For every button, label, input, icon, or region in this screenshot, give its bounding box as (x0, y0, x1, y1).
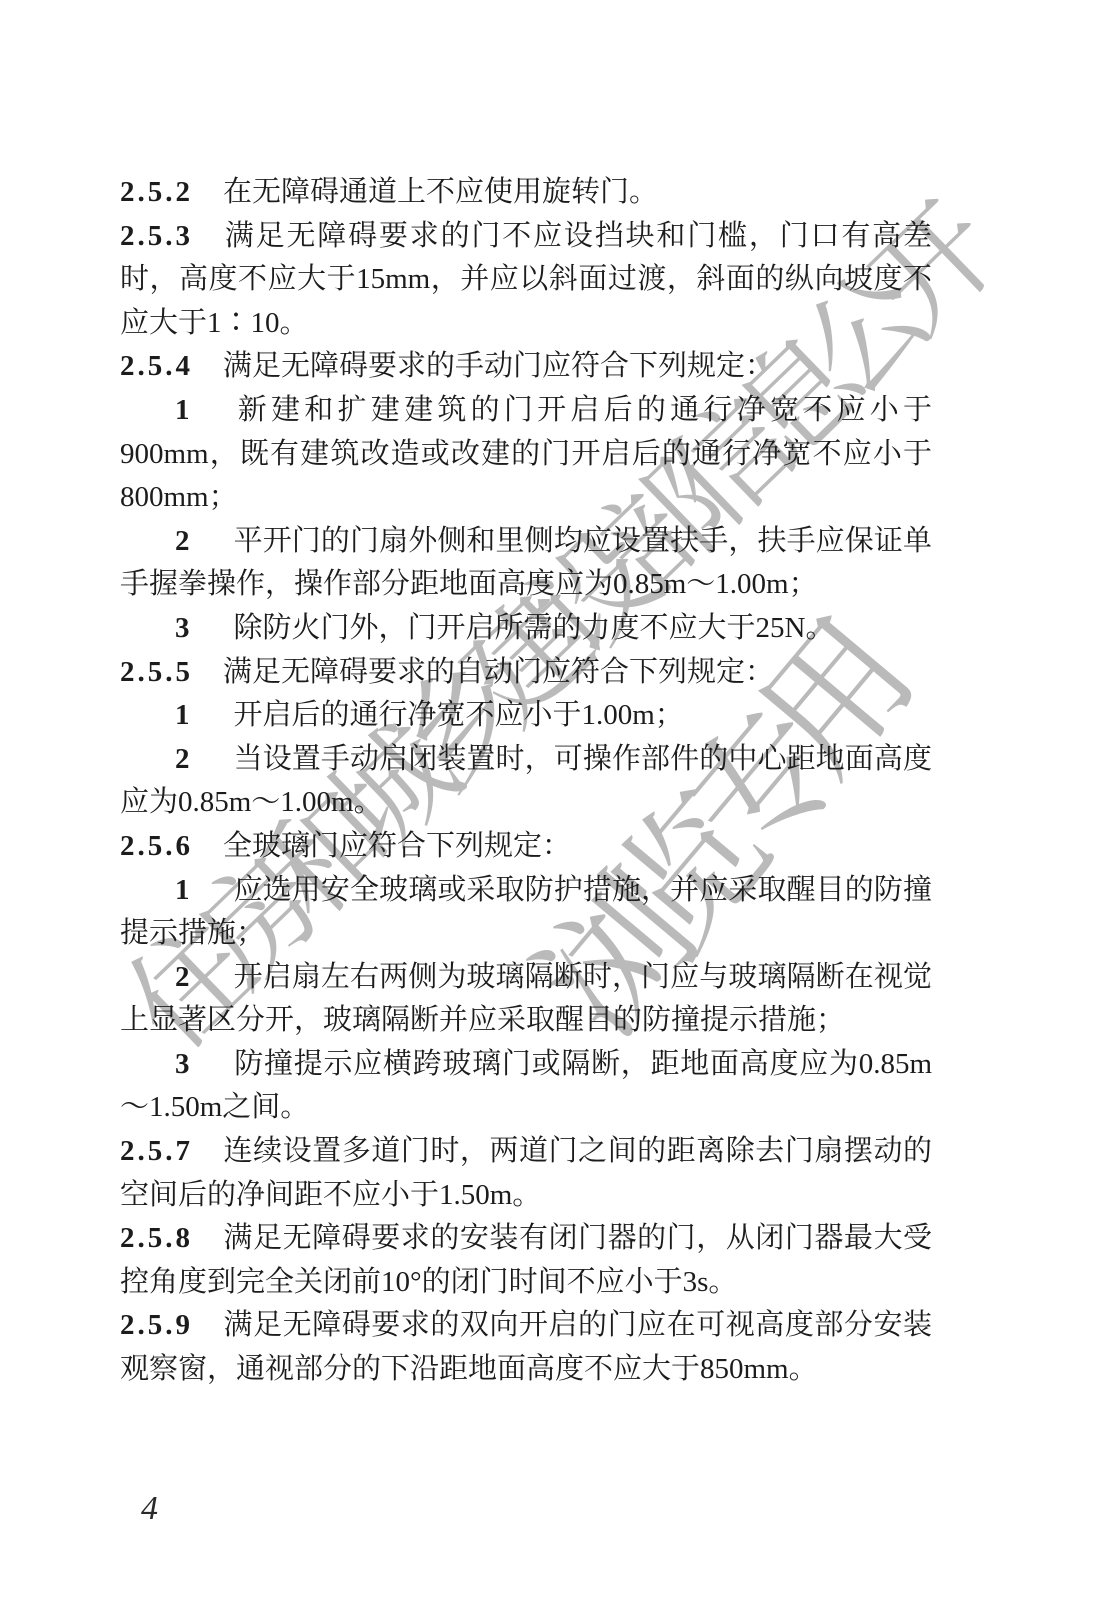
clause-2-5-8: 2.5.8满足无障碍要求的安装有闭门器的门，从闭门器最大受控角度到完全关闭前10… (120, 1217, 932, 1304)
clause-2-5-6-item-2: 2开启扇左右两侧为玻璃隔断时，门应与玻璃隔断在视觉上显著区分开，玻璃隔断并应采取… (120, 956, 932, 1043)
clause-2-5-7: 2.5.7连续设置多道门时，两道门之间的距离除去门扇摆动的空间后的净间距不应小于… (120, 1130, 932, 1217)
item-number: 2 (175, 961, 190, 993)
item-number: 2 (175, 525, 190, 557)
item-text: 新建和扩建建筑的门开启后的通行净宽不应小于900mm，既有建筑改造或改建的门开启… (120, 394, 932, 513)
clause-2-5-5: 2.5.5满足无障碍要求的自动门应符合下列规定： (120, 651, 932, 695)
clause-text: 满足无障碍要求的门不应设挡块和门槛，门口有高差时，高度不应大于15mm，并应以斜… (120, 220, 932, 339)
clause-number: 2.5.2 (120, 176, 193, 208)
clause-2-5-4-item-2: 2平开门的门扇外侧和里侧均应设置扶手，扶手应保证单手握拳操作，操作部分距地面高度… (120, 520, 932, 607)
clause-2-5-3: 2.5.3满足无障碍要求的门不应设挡块和门槛，门口有高差时，高度不应大于15mm… (120, 215, 932, 346)
clause-number: 2.5.3 (120, 220, 193, 252)
clause-text: 满足无障碍要求的手动门应符合下列规定： (223, 350, 774, 382)
clause-2-5-9: 2.5.9满足无障碍要求的双向开启的门应在可视高度部分安装观察窗，通视部分的下沿… (120, 1304, 932, 1391)
item-number: 1 (175, 874, 190, 906)
clause-text: 连续设置多道门时，两道门之间的距离除去门扇摆动的空间后的净间距不应小于1.50m… (120, 1135, 932, 1211)
clause-number: 2.5.8 (120, 1222, 193, 1254)
clause-number: 2.5.7 (120, 1135, 193, 1167)
clause-number: 2.5.5 (120, 656, 193, 688)
clause-text: 全玻璃门应符合下列规定： (223, 830, 571, 862)
item-text: 防撞提示应横跨玻璃门或隔断，距地面高度应为0.85m～1.50m之间。 (120, 1048, 932, 1124)
clause-2-5-6-item-1: 1应选用安全玻璃或采取防护措施，并应采取醒目的防撞提示措施； (120, 869, 932, 956)
clause-2-5-5-item-2: 2当设置手动启闭装置时，可操作部件的中心距地面高度应为0.85m～1.00m。 (120, 738, 932, 825)
clause-2-5-4-item-3: 3除防火门外，门开启所需的力度不应大于25N。 (120, 607, 932, 651)
clause-text: 满足无障碍要求的双向开启的门应在可视高度部分安装观察窗，通视部分的下沿距地面高度… (120, 1309, 932, 1385)
document-page: 住房和城乡建设部信息公开 浏览专用 2.5.2在无障碍通道上不应使用旋转门。 2… (0, 0, 1103, 1598)
item-number: 3 (175, 612, 190, 644)
item-text: 开启后的通行净宽不应小于1.00m； (234, 699, 684, 731)
clause-number: 2.5.4 (120, 350, 193, 382)
page-content: 2.5.2在无障碍通道上不应使用旋转门。 2.5.3满足无障碍要求的门不应设挡块… (120, 171, 932, 1392)
item-text: 开启扇左右两侧为玻璃隔断时，门应与玻璃隔断在视觉上显著区分开，玻璃隔断并应采取醒… (120, 961, 932, 1037)
clause-text: 在无障碍通道上不应使用旋转门。 (223, 176, 658, 208)
clause-text: 满足无障碍要求的自动门应符合下列规定： (223, 656, 774, 688)
clause-text: 满足无障碍要求的安装有闭门器的门，从闭门器最大受控角度到完全关闭前10°的闭门时… (120, 1222, 932, 1298)
clause-2-5-4: 2.5.4满足无障碍要求的手动门应符合下列规定： (120, 345, 932, 389)
clause-2-5-6-item-3: 3防撞提示应横跨玻璃门或隔断，距地面高度应为0.85m～1.50m之间。 (120, 1043, 932, 1130)
item-text: 除防火门外，门开启所需的力度不应大于25N。 (234, 612, 835, 644)
item-number: 1 (175, 699, 190, 731)
item-number: 1 (175, 394, 190, 426)
item-number: 3 (175, 1048, 190, 1080)
clause-2-5-5-item-1: 1开启后的通行净宽不应小于1.00m； (120, 694, 932, 738)
clause-2-5-2: 2.5.2在无障碍通道上不应使用旋转门。 (120, 171, 932, 215)
item-text: 应选用安全玻璃或采取防护措施，并应采取醒目的防撞提示措施； (120, 874, 932, 950)
item-text: 平开门的门扇外侧和里侧均应设置扶手，扶手应保证单手握拳操作，操作部分距地面高度应… (120, 525, 932, 601)
page-number: 4 (141, 1490, 158, 1528)
clause-2-5-6: 2.5.6全玻璃门应符合下列规定： (120, 825, 932, 869)
clause-number: 2.5.9 (120, 1309, 193, 1341)
item-text: 当设置手动启闭装置时，可操作部件的中心距地面高度应为0.85m～1.00m。 (120, 743, 932, 819)
item-number: 2 (175, 743, 190, 775)
clause-number: 2.5.6 (120, 830, 193, 862)
clause-2-5-4-item-1: 1新建和扩建建筑的门开启后的通行净宽不应小于900mm，既有建筑改造或改建的门开… (120, 389, 932, 520)
